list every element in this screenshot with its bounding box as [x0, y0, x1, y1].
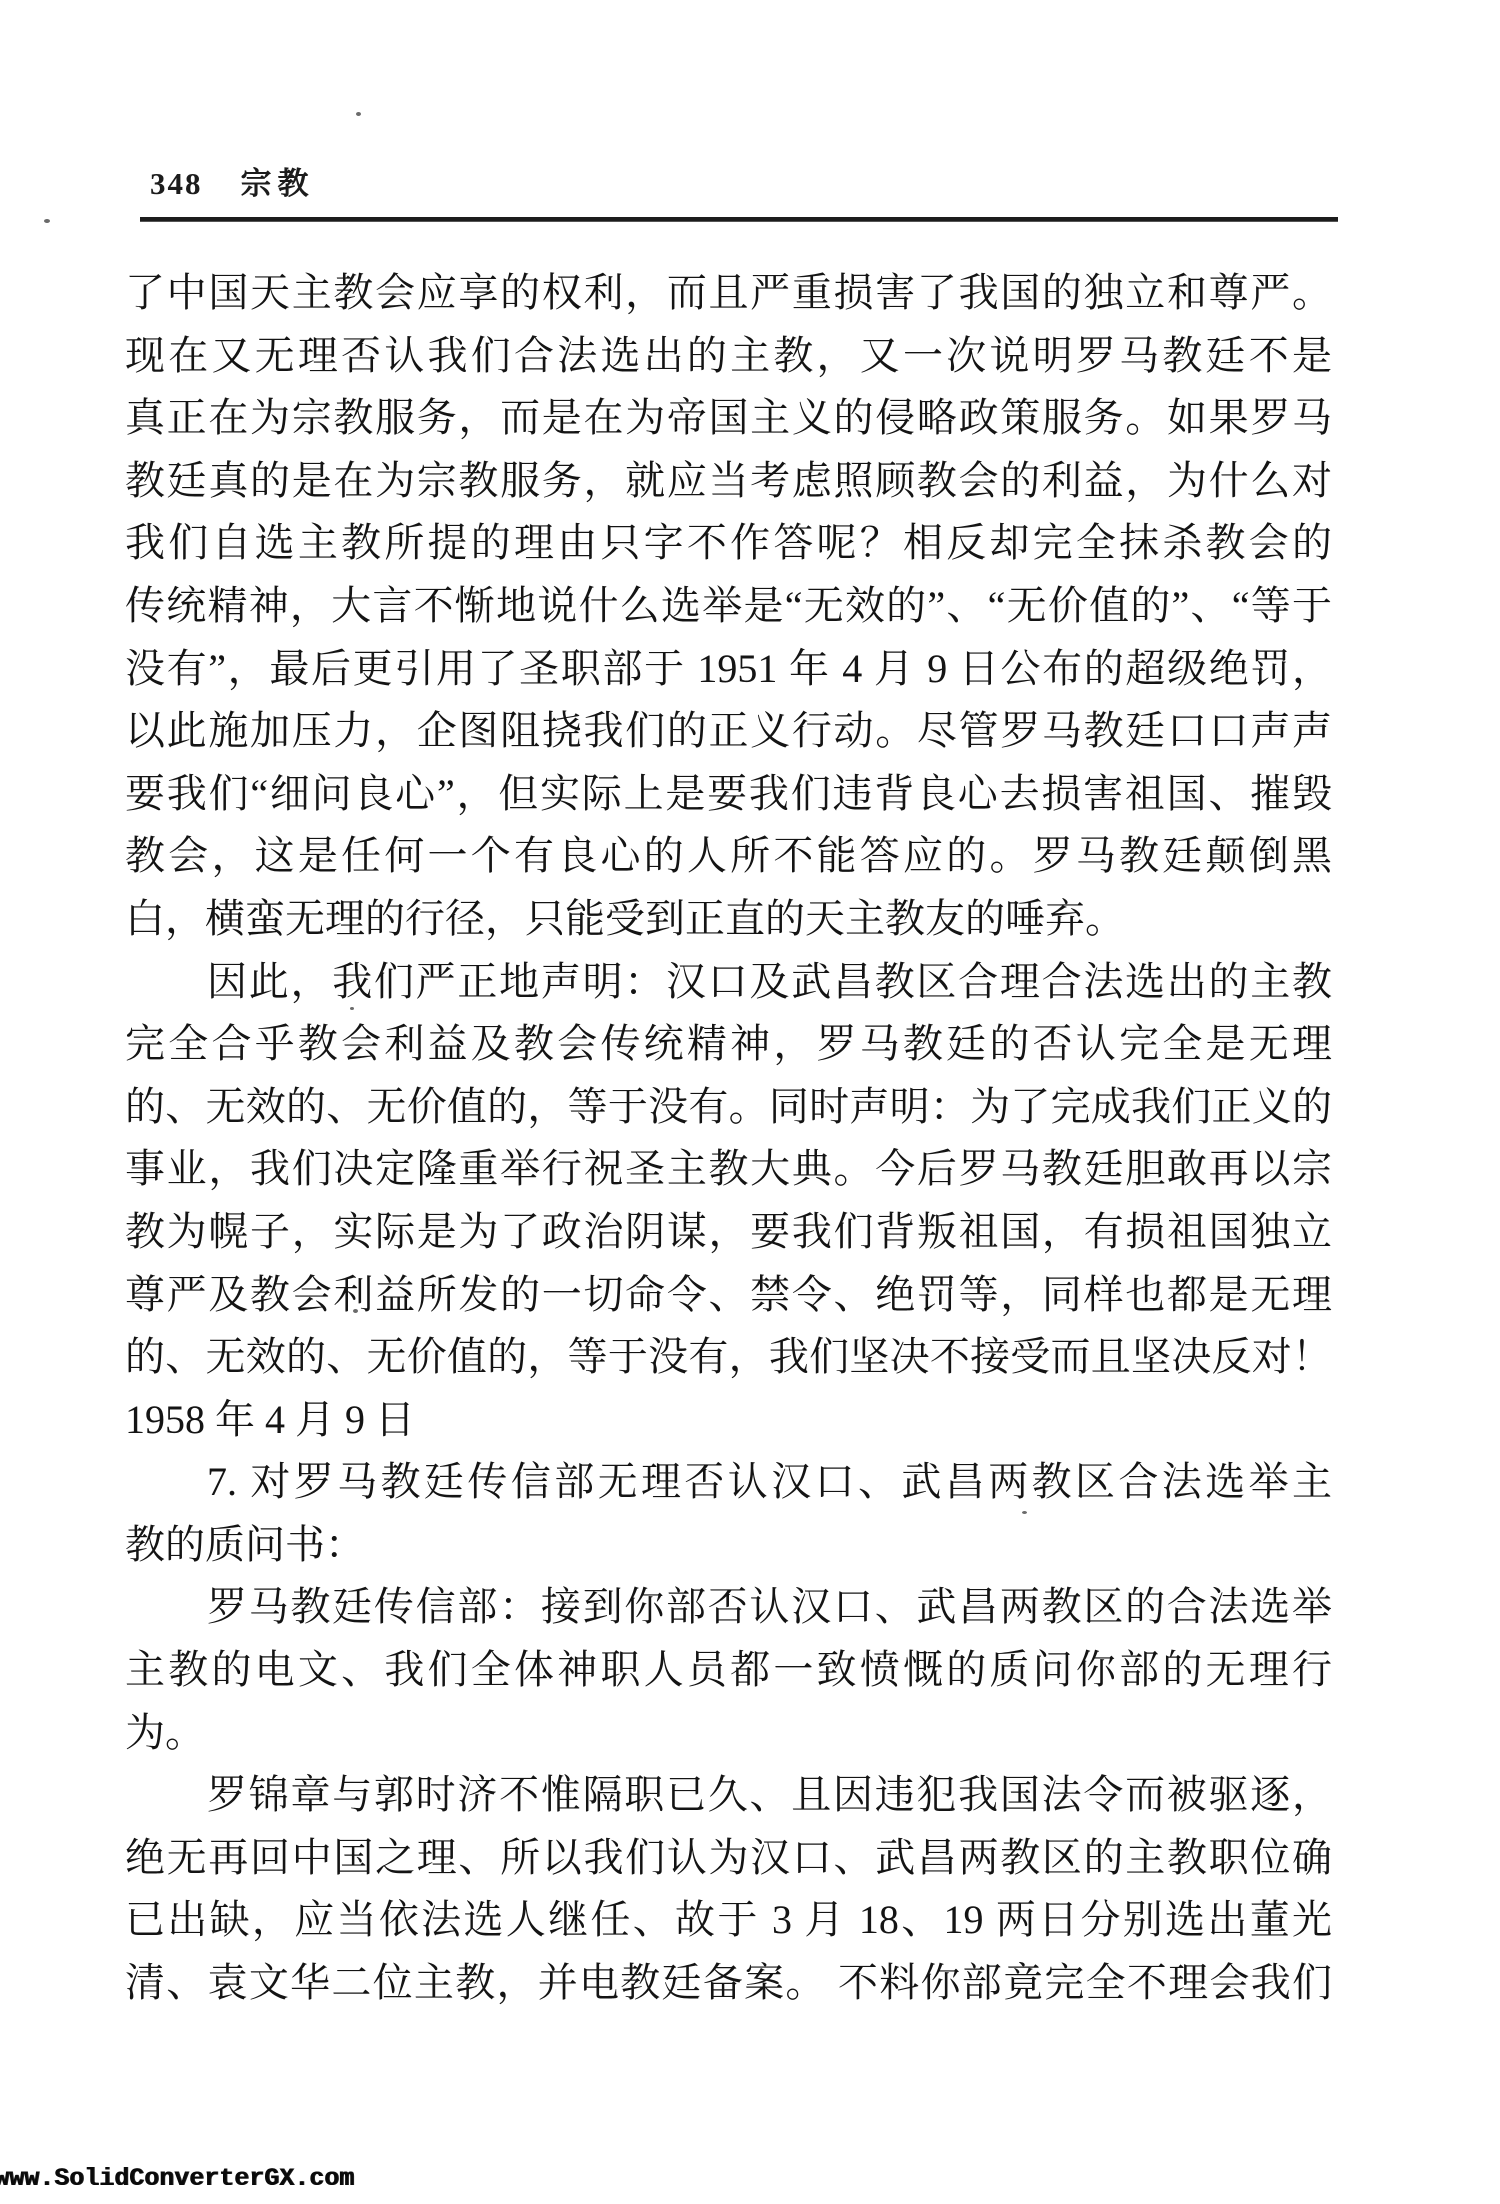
text-line: 事业，我们决定隆重举行祝圣主教大典。今后罗马教廷胆敢再以宗: [125, 1138, 1332, 1201]
scan-speck: [353, 1309, 358, 1313]
document-body: 了中国天主教会应享的权利，而且严重损害了我国的独立和尊严。 现在又无理否认我们合…: [125, 262, 1332, 2015]
text-line: 7. 对罗马教廷传信部无理否认汉口、武昌两教区合法选举主: [125, 1451, 1332, 1514]
text-line: 主教的电文、我们全体神职人员都一致愤慨的质问你部的无理行: [125, 1639, 1332, 1702]
text-line: 清、袁文华二位主教，并电教廷备案。 不料你部竟完全不理会我们: [125, 1952, 1332, 2015]
text-line: 的、无效的、无价值的，等于没有。同时声明：为了完成我们正义的: [125, 1076, 1332, 1139]
page-number: 348: [150, 166, 203, 202]
scan-speck: [350, 1007, 354, 1010]
text-line: 要我们“细问良心”，但实际上是要我们违背良心去损害祖国、摧毁: [125, 763, 1332, 826]
text-line: 真正在为宗教服务，而是在为帝国主义的侵略政策服务。如果罗马: [125, 387, 1332, 450]
text-line: 以此施加压力，企图阻挠我们的正义行动。尽管罗马教廷口口声声: [125, 700, 1332, 763]
text-line: 没有”，最后更引用了圣职部于 1951 年 4 月 9 日公布的超级绝罚，: [125, 638, 1332, 701]
scan-speck: [44, 219, 50, 223]
text-line: 教的质问书：: [125, 1514, 1332, 1577]
text-line: 我们自选主教所提的理由只字不作答呢？相反却完全抹杀教会的: [125, 512, 1332, 575]
page-header: 348宗教: [150, 158, 1350, 200]
text-line: 已出缺，应当依法选人继任、故于 3 月 18、19 两日分别选出董光: [125, 1889, 1332, 1952]
text-line: 白，横蛮无理的行径，只能受到正直的天主教友的唾弃。: [125, 888, 1332, 951]
text-line: 教为幌子，实际是为了政治阴谋，要我们背叛祖国，有损祖国独立: [125, 1201, 1332, 1264]
scan-speck: [356, 112, 361, 116]
text-line: 了中国天主教会应享的权利，而且严重损害了我国的独立和尊严。: [125, 262, 1332, 325]
scan-speck: [1022, 1511, 1027, 1514]
watermark: www.SolidConverterGX.com: [0, 2164, 354, 2193]
text-line: 的、无效的、无价值的，等于没有，我们坚决不接受而且坚决反对！: [125, 1326, 1332, 1389]
section-title: 宗教: [241, 158, 315, 203]
text-line: 现在又无理否认我们合法选出的主教，又一次说明罗马教廷不是: [125, 325, 1332, 388]
scanned-document-page: 348宗教 了中国天主教会应享的权利，而且严重损害了我国的独立和尊严。 现在又无…: [0, 0, 1500, 2204]
text-line: 绝无再回中国之理、所以我们认为汉口、武昌两教区的主教职位确: [125, 1827, 1332, 1890]
date-line: 1958 年 4 月 9 日: [125, 1389, 1332, 1452]
text-line: 完全合乎教会利益及教会传统精神，罗马教廷的否认完全是无理: [125, 1013, 1332, 1076]
text-line: 因此，我们严正地声明：汉口及武昌教区合理合法选出的主教: [125, 951, 1332, 1014]
text-line: 罗锦章与郭时济不惟隔职已久、且因违犯我国法令而被驱逐，: [125, 1764, 1332, 1827]
text-line: 教廷真的是在为宗教服务，就应当考虑照顾教会的利益，为什么对: [125, 450, 1332, 513]
text-line: 尊严及教会利益所发的一切命令、禁令、绝罚等，同样也都是无理: [125, 1264, 1332, 1327]
text-line: 传统精神，大言不惭地说什么选举是“无效的”、“无价值的”、“等于: [125, 575, 1332, 638]
text-line: 为。: [125, 1702, 1332, 1765]
text-line: 罗马教廷传信部：接到你部否认汉口、武昌两教区的合法选举: [125, 1576, 1332, 1639]
header-rule: [140, 217, 1338, 222]
text-line: 教会，这是任何一个有良心的人所不能答应的。罗马教廷颠倒黑: [125, 825, 1332, 888]
